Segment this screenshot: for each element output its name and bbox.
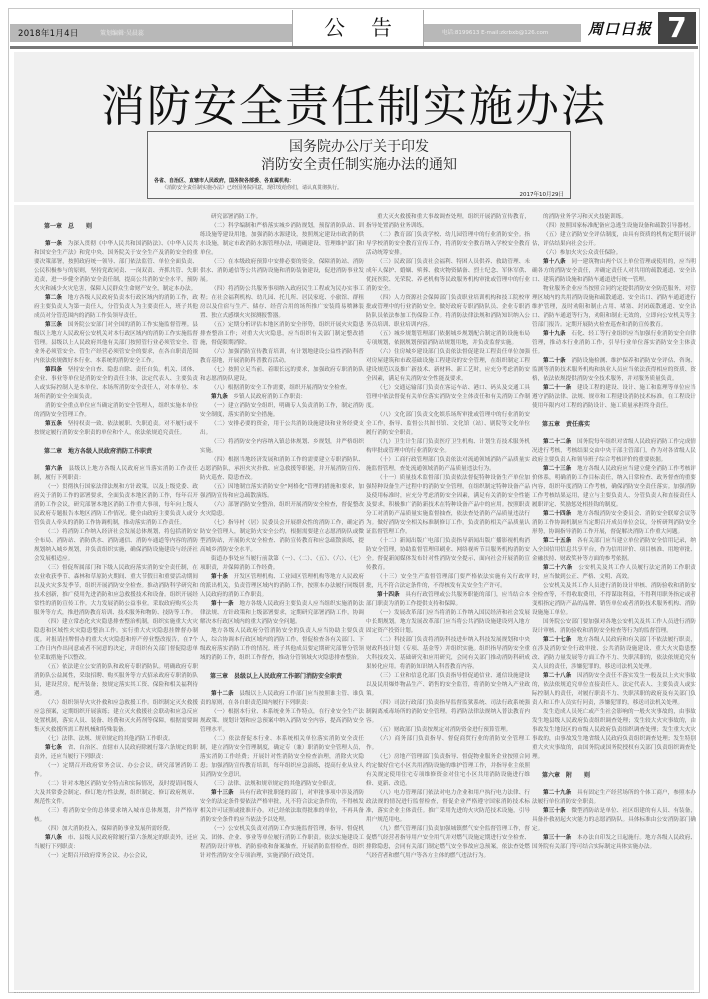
article-text: （三）在本级政府预算中安排必要的资金，保障消防站、消防供水、消防通信等公共消防设… xyxy=(200,259,364,283)
article-number: 第五条 xyxy=(45,421,62,427)
chapter-heading: 第三章 县级以上人民政府工作部门消防安全职责 xyxy=(210,672,364,681)
article-paragraph: （六）加强消防宣传教育培训，有计划地建设公益性消防科普教育基地，开展消防科普教育… xyxy=(200,348,364,366)
article-number: 第三条 xyxy=(45,322,62,328)
article-number: 第十三条 xyxy=(211,790,234,796)
article-paragraph: （四）按照国家标准配备应急逃生设施设备和疏散引导器材。 xyxy=(532,222,696,231)
article-number: 第十二条 xyxy=(211,691,234,697)
article-number: 第十条 xyxy=(211,574,228,580)
article-paragraph: 公安机关及其工作人员进行消防设计审核、消防验收和消防安全检查等，不得收取费用，不… xyxy=(532,582,696,618)
article-paragraph: 第十二条 县级以上人民政府工作部门应当按照谁主管、谁负责的原则，在各自职责范围内… xyxy=(200,690,364,708)
article-text: （七）交通运输部门负责在客运车站、港口、码头及交通工具管理中依法督促有关单位落实… xyxy=(366,385,530,409)
article-paragraph: 消防安全重点单位应当确定消防安全管理人，组织实施本单位的消防安全管理工作。 xyxy=(34,402,198,420)
notice-title-line1: 国务院办公厅关于印发 xyxy=(148,136,570,156)
article-paragraph: 第二十九条 具有固定生产经营场所的个体工商户，参照本办法履行单位消防安全职责。 xyxy=(532,789,696,807)
article-text: （一）建立消防安全组织，明确专人负责消防工作，制定消防安全制度，落实消防安全措施… xyxy=(200,403,364,418)
article-paragraph: （九）燃气管理部门负责加强城镇燃气安全监督管理工作，督促燃气经营者指导用户安全用… xyxy=(366,825,530,861)
article-number: 第九条 xyxy=(211,394,228,400)
article-text: （九）燃气管理部门负责加强城镇燃气安全监督管理工作，督促燃气经营者指导用户安全用… xyxy=(366,826,530,859)
article-text: （六）加强消防宣传教育培训，有计划地建设公益性消防科普教育基地，开展消防科普教育… xyxy=(200,349,364,364)
article-paragraph: （八）根据消防安全工作需要，组织开展消防安全检查。 xyxy=(200,384,364,393)
article-paragraph: （六）部署消防安全整治，组织开展消防安全检查，督促整改火灾隐患。 xyxy=(200,501,364,519)
article-text: 地方各级人民政府分管消防安全的负责人应当协助主要负责人，综合协调本行政区域内的消… xyxy=(200,628,364,661)
article-paragraph: （三）将消防安全内容纳入镇总体规划、乡规划，并严格组织实施。 xyxy=(200,438,364,456)
article-text: （九）卫生计生部门负责医疗卫生机构、计划生育技术服务机构审批或管理中的行业消防安… xyxy=(366,439,530,454)
article-paragraph: （六）组织领导火灾扑救和应急救援工作。组织制定灭火救援应急预案，定期组织开展演练… xyxy=(34,699,198,735)
article-text: （八）文化部门负责文化娱乐场所审批或管理中的行业消防安全工作，指导、监督公共图书… xyxy=(366,412,530,436)
article-paragraph: （一）根据本行业、本系统业务工作特点，在行业安全生产法规政策、规划计划和应急预案… xyxy=(200,708,364,735)
article-text: （一）贯彻执行国家法律法规和方针政策，以及上级党委、政府关于消防工作的部署要求，… xyxy=(34,484,198,526)
article-text: 街道办事处应当履行前款第（一）、（二）、（五）、（六）、（七）项职责，并保障消防… xyxy=(200,556,364,571)
article-paragraph: （八）电力管理部门依法对电力企业和用户执行电力法律、行政法规的情况进行监督检查，… xyxy=(366,789,530,825)
contact-info: 电话:8199613 E-mail:zkrbxb@126.com xyxy=(442,28,548,36)
article-text: 的消防业务学习和灭火技能训练。 xyxy=(543,214,627,220)
article-paragraph: （一）定期召开政府常务会议、办公会议，研究部署消防工作。 xyxy=(34,762,198,780)
article-paragraph: 第七条 省、自治区、直辖市人民政府除履行第六条规定的职责外，还应当履行下列职责： xyxy=(34,744,198,762)
article-paragraph: 第二十六条 公安机关及其工作人员履行法定消防工作职责时，应当做到公正、严格、文明… xyxy=(532,564,696,582)
article-text: （四）根据当地经济发展和消防工作的需要建立专职消防队、志愿消防队，承担火灾扑救、… xyxy=(200,457,364,481)
article-paragraph: 第十四条 具有行政管理或公共服务职能的部门，应当结合本部门职责为消防工作提供支持… xyxy=(366,591,530,609)
article-text: （七）房地产管理部门负责指导、督促物业服务企业按照合同约定做好住宅小区共用消防设… xyxy=(366,754,530,787)
bottom-rule xyxy=(14,992,694,993)
article-number: 第十一条 xyxy=(211,601,234,607)
article-text: （五）定期分析评估本地区消防安全形势，组织开展火灾隐患排查整治工作；对重大火灾隐… xyxy=(200,322,364,346)
article-paragraph: （五）定期分析评估本地区消防安全形势，组织开展火灾隐患排查整治工作；对重大火灾隐… xyxy=(200,321,364,348)
article-paragraph: （五）财政部门负责按规定对消防资金进行预算管理。 xyxy=(366,726,530,735)
article-paragraph: 第十三条 具有行政审批职能的部门，对审批事项中涉及消防安全的法定条件要依法严格审… xyxy=(200,789,364,825)
issue-date: 2018年1月4日 xyxy=(18,27,79,39)
article-text: （二）针对本地区消防安全特点和实际情况，及时提请同级人大及其常委会制定、修订地方… xyxy=(34,781,198,805)
article-text: （二）科技部门负责将消防科技进步纳入科技发展规划和中央财政科技计划（专项、基金等… xyxy=(366,637,530,670)
article-number: 第一条 xyxy=(45,241,62,247)
article-number: 第十四条 xyxy=(377,592,400,598)
article-number: 第八条 xyxy=(45,835,62,841)
article-text: （三）工业和信息化部门负责指导督促通信业、通信设施建设以及民用爆炸物品生产、销售… xyxy=(366,673,530,697)
article-paragraph: （七）交通运输部门负责在客运车站、港口、码头及交通工具管理中依法督促有关单位落实… xyxy=(366,384,530,411)
article-paragraph: （十二）新闻出版广电部门负责指导新闻出版广播影视机构消防安全管理，协助监督管理印… xyxy=(366,537,530,573)
article-text: （三）法律、法规和规章规定的其他消防安全职责。 xyxy=(211,781,340,787)
article-paragraph: 第二条 地方各级人民政府负责本行政区域内的消防工作，政府主要负责人为第一责任人，… xyxy=(34,294,198,321)
article-text: （八）电力管理部门依法对电力企业和用户执行电力法律、行政法规的情况进行监督检查，… xyxy=(366,790,530,823)
article-paragraph: 的消防业务学习和灭火技能训练。 xyxy=(532,213,696,222)
text-column-4: 的消防业务学习和灭火技能训练。（四）按照国家标准配备应急逃生设施设备和疏散引导器… xyxy=(532,213,696,852)
article-paragraph: 第四条 坚持安全自查、隐患自除、责任自负。机关、团体、企业、事业等单位是消防安全… xyxy=(34,366,198,402)
article-number: 第二条 xyxy=(45,295,62,301)
article-text: （三）将消防安全的总体要求纳入城市总体规划，并严格审核。 xyxy=(34,808,198,823)
masthead-rule xyxy=(10,46,698,49)
article-paragraph: 研究部署消防工作。 xyxy=(200,213,364,222)
article-text: （六）住房城乡建设部门负责依法督促建设工程责任单位加强对房屋建筑和市政基础设施工… xyxy=(366,349,530,382)
article-text: 公安机关及其工作人员进行消防设计审核、消防验收和消防安全检查等，不得收取费用，不… xyxy=(532,583,696,616)
article-text: （一）发展改革部门应当将消防工作纳入国民经济和社会发展中长期规划。地方发展改革部… xyxy=(366,610,530,634)
chapter-heading: 第二章 地方各级人民政府消防工作职责 xyxy=(44,447,198,456)
article-paragraph: （二）科学编制和严格落实城乡消防规划，预留消防队站、训练设施等建设用地。加强消防… xyxy=(200,222,364,258)
article-paragraph: 地方各级人民政府分管消防安全的负责人应当协助主要负责人，综合协调本行政区域内的消… xyxy=(200,627,364,663)
article-paragraph: （七）法律、法规、规章规定的其他消防工作职责。 xyxy=(34,735,198,744)
article-paragraph: 发生造成人员死亡或产生社会影响的一般火灾事故的，由事故发生地县级人民政府负责组织… xyxy=(532,708,696,762)
article-paragraph: 第二十条 消防设施检测、维护保养和消防安全评估、咨询、监测等消防技术服务机构和执… xyxy=(532,357,696,384)
article-text: （一）根据本行业、本系统业务工作特点，在行业安全生产法规政策、规划计划和应急预案… xyxy=(200,709,364,733)
article-number: 第二十条 xyxy=(543,358,566,364)
article-number: 第七条 xyxy=(45,745,62,751)
chapter-heading: 第六章 附 则 xyxy=(542,771,696,780)
article-text: （五）城乡规划管理部门依据城乡规划配合制定消防设施布局专项规划，依据规划预留消防… xyxy=(366,331,530,346)
article-paragraph: （一）公安机关负责对消防工作实施监督管理，指导、督促机关、团体、企业、事业等单位… xyxy=(200,825,364,861)
text-column-3: 重大灭火救援和重大事故调查处理，组织开展消防宣传教育，指导处置消防业务训练。（二… xyxy=(366,213,530,861)
article-paragraph: 第三条 国务院公安部门对全国的消防工作实施监督管理。县级以上地方人民政府公安机关… xyxy=(34,321,198,366)
article-number: 第二十一条 xyxy=(543,385,571,391)
article-paragraph: （一）定期召开政府常务会议、办公会议， xyxy=(34,852,198,861)
article-body: 第一章 总 则第一条 为深入贯彻《中华人民共和国消防法》、《中华人民共和国安全生… xyxy=(14,205,694,990)
article-number: 第六条 xyxy=(45,466,63,472)
chapter-heading: 第五章 责任落实 xyxy=(542,420,696,429)
article-text: （四）建立常态化火灾隐患排查整治机制，组织实施重大火灾隐患和区域性火灾隐患整治工… xyxy=(34,619,198,661)
article-paragraph: 第五条 坚持权责一致、依法履职、失职追责。对不履行或不按规定履行消防安全职责的单… xyxy=(34,420,198,438)
page-number: 7 xyxy=(658,12,696,44)
article-paragraph: （六）商务部门负责指导、督促商贸行业的消防安全管理工作。 xyxy=(366,735,530,753)
article-text: （四）司法行政部门负责指导监督监狱系统、司法行政系统强制隔离戒毒场所的消防安全管… xyxy=(366,700,530,724)
article-paragraph: 第二十七条 地方各级人民政府和有关部门不依法履行职责，在涉及消防安全行政审批、公… xyxy=(532,636,696,672)
article-text: （二）依法督促本行业、本系统相关单位落实消防安全责任制，建立消防安全管理制度，确… xyxy=(200,736,364,778)
article-paragraph: （二）将消防工作纳入经济社会发展总体规划，将包括消防安全布局、消防站、消防供水、… xyxy=(34,528,198,564)
article-paragraph: （十）工商行政管理部门负责依法对流通领域消防产品质量实施监督管理，查处流通领域消… xyxy=(366,456,530,474)
article-text: 发生造成人员死亡或产生社会影响的一般火灾事故的，由事故发生地县级人民政府负责组织… xyxy=(532,709,696,760)
article-paragraph: （一）贯彻执行国家法律法规和方针政策，以及上级党委、政府关于消防工作的部署要求，… xyxy=(34,483,198,528)
article-text: （十）工商行政管理部门负责依法对流通领域消防产品质量实施监督管理，查处流通领域消… xyxy=(366,457,530,472)
article-paragraph: 第十一条 地方各级人民政府主要负责人应当组织实施消防法律法规、方针政策和上级部署… xyxy=(200,600,364,627)
article-paragraph: （四）建立常态化火灾隐患排查整治机制，组织实施重大火灾隐患和区域性火灾隐患整治工… xyxy=(34,618,198,663)
article-text: （六）组织领导火灾扑救和应急救援工作。组织制定灭火救援应急预案，定期组织开展演练… xyxy=(34,700,198,733)
article-paragraph: （四）将消防公共服务事项纳入政府民生工程或为民办实事工程；在社会福利机构、幼儿园… xyxy=(200,285,364,321)
article-paragraph: 重大灭火救援和重大事故调查处理，组织开展消防宣传教育，指导处置消防业务训练。 xyxy=(366,213,530,231)
article-number: 第二十五条 xyxy=(543,538,571,544)
article-text: 物业服务企业应当按照合同约定提供消防安全防范服务，对管理区域内的共用消防设施和疏… xyxy=(532,286,696,328)
article-number: 第二十八条 xyxy=(543,673,571,679)
notice-body: 《消防安全责任制实施办法》已经国务院同意，现印发给你们，请认真贯彻执行。 xyxy=(162,184,342,191)
article-paragraph: （一）发展改革部门应当将消防工作纳入国民经济和社会发展中长期规划。地方发展改革部… xyxy=(366,609,530,636)
article-paragraph: （八）文化部门负责文化娱乐场所审批或管理中的行业消防安全工作，指导、监督公共图书… xyxy=(366,411,530,438)
article-paragraph: （一）建立消防安全组织，明确专人负责消防工作，制定消防安全制度，落实消防安全措施… xyxy=(200,402,364,420)
article-number: 第二十九条 xyxy=(543,790,571,796)
article-text: （七）按照立足当前、着眼长远的要求，加强政府专职消防队和志愿消防队建设。 xyxy=(200,367,364,382)
article-paragraph: （三）在本级政府预算中安排必要的资金，保障消防站、消防供水、消防通信等公共消防设… xyxy=(200,258,364,285)
article-text: （一）定期召开政府常务会议、办公会议， xyxy=(45,853,151,859)
chapter-heading: 第一章 总 则 xyxy=(44,222,198,231)
article-paragraph: （三）将消防安全的总体要求纳入城市总体规划，并严格审核。 xyxy=(34,807,198,825)
article-paragraph: 第六条 县级以上地方各级人民政府应当落实消防工作责任制，履行下列职责： xyxy=(34,465,198,483)
article-number: 第十九条 xyxy=(543,331,566,337)
text-column-2: 研究部署消防工作。（二）科学编制和严格落实城乡消防规划，预留消防队站、训练设施等… xyxy=(200,213,364,861)
article-paragraph: 第三十一条 本办法自印发之日起施行。地方各级人民政府、国务院有关部门等可结合实际… xyxy=(532,834,696,852)
article-paragraph: （七）指导村（居）民委员会开展群众性的消防工作，确定消防安全管理人，制定防火安全… xyxy=(200,519,364,555)
article-number: 第二十六条 xyxy=(543,565,572,571)
article-text: （三）督促所属部门和下级人民政府落实消防安全责任制，在农业收获季节、森林和草原防… xyxy=(34,565,198,616)
article-text: （五）财政部门负责按规定对消防资金进行预算管理。 xyxy=(377,727,511,733)
article-paragraph: （七）按照立足当前、着眼长远的要求，加强政府专职消防队和志愿消防队建设。 xyxy=(200,366,364,384)
article-text: （十三）安全生产监督管理部门要严格依法实施有关行政审批，凡不符合法定条件的，不得… xyxy=(366,574,530,589)
article-text: （四）将消防公共服务事项纳入政府民生工程或为民办实事工程；在社会福利机构、幼儿园… xyxy=(200,286,364,319)
article-number: 第二十三条 xyxy=(543,466,571,472)
article-number: 第三十条 xyxy=(543,808,566,814)
article-text: （五）依法建立公安消防队和政府专职消防队。明确政府专职消防队公益属性，采取招聘、… xyxy=(34,664,198,697)
article-text: 为深入贯彻《中华人民共和国消防法》、《中华人民共和国安全生产法》和党中央、国务院… xyxy=(34,241,198,292)
article-text: （二）安排必要的资金，用于公共消防设施建设和业务经费支出。 xyxy=(200,421,364,436)
article-paragraph: 第二十四条 地方各级消防安全委员会、消防安全联席会议等消防工作协调机制应当定期召… xyxy=(532,510,696,537)
headline-area: 消防安全责任制实施办法 国务院办公厅关于印发 消防安全责任制实施办法的通知 各省… xyxy=(14,52,694,202)
article-text: （二）将消防工作纳入经济社会发展总体规划，将包括消防安全布局、消防站、消防供水、… xyxy=(34,529,198,562)
article-number: 第四条 xyxy=(45,367,62,373)
notice-title-line2: 消防安全责任制实施办法的通知 xyxy=(148,154,570,174)
article-paragraph: 第九条 乡镇人民政府消防工作职责： xyxy=(200,393,364,402)
masthead-left-bar: 2018年1月4日 策划编辑·吴晨蕊 xyxy=(10,24,292,42)
article-text: 国务院公安部门要加强对各地公安机关及其工作人员进行消防设计审核、消防验收和消防安… xyxy=(532,619,696,634)
article-paragraph: （三）工业和信息化部门负责指导督促通信业、通信设施建设以及民用爆炸物品生产、销售… xyxy=(366,672,530,699)
article-text: （十一）质量技术监督部门负责依法督促特种设备生产单位加强特种设备生产过程中的消防… xyxy=(366,475,530,535)
article-paragraph: 第二十五条 各有关部门应当建立单位消防安全信用记录，纳入全国信用信息共享平台，作… xyxy=(532,537,696,564)
article-paragraph: 第十九条 石化、轻工等行业组织应当加强行业消防安全自律管理，推动本行业消防工作，… xyxy=(532,330,696,357)
section-title: 公告 xyxy=(292,10,424,46)
editor-credit: 策划编辑·吴晨蕊 xyxy=(100,28,144,37)
article-text: 研究部署消防工作。 xyxy=(211,214,261,220)
article-text: （八）根据消防安全工作需要，组织开展消防安全检查。 xyxy=(211,385,351,391)
article-paragraph: 第十条 开发区管理机构、工业园区管理机构等地方人民政府的派出机关，负责管理区域内… xyxy=(200,573,364,600)
article-text: 乡镇人民政府消防工作职责： xyxy=(233,394,306,400)
article-number: 第二十二条 xyxy=(543,439,571,445)
article-text: （七）指导村（居）民委员会开展群众性的消防工作，确定消防安全管理人，制定防火安全… xyxy=(200,520,364,553)
article-paragraph: （三）督促所属部门和下级人民政府落实消防安全责任制，在农业收获季节、森林和草原防… xyxy=(34,564,198,618)
notice-recipients: 各省、自治区、直辖市人民政府，国务院各部委、各直属机构： xyxy=(154,177,294,184)
article-number: 第十八条 xyxy=(543,259,566,265)
section-label: 公告 xyxy=(298,16,418,40)
article-paragraph: 第二十二条 国务院每年组织对省级人民政府消防工作完成情况进行考核，考核结果交由中… xyxy=(532,438,696,465)
article-text: 重大灭火救援和重大事故调查处理，组织开展消防宣传教育，指导处置消防业务训练。 xyxy=(366,214,530,229)
article-text: （四）加大消防投入，保障消防事业发展所需经费。 xyxy=(45,826,174,832)
article-paragraph: （二）依法督促本行业、本系统相关单位落实消防安全责任制，建立消防安全管理制度，确… xyxy=(200,735,364,780)
article-paragraph: （四）人力资源社会保障部门负责职业培训机构和技工院校审批或管理中的行业消防安全。… xyxy=(366,294,530,330)
article-text: （七）法律、法规、规章规定的其他消防工作职责。 xyxy=(45,736,174,742)
article-paragraph: 第一条 为深入贯彻《中华人民共和国消防法》、《中华人民共和国安全生产法》和党中央… xyxy=(34,240,198,294)
article-number: 第二十七条 xyxy=(543,637,571,643)
article-text: 消防安全重点单位应当确定消防安全管理人，组织实施本单位的消防安全管理工作。 xyxy=(34,403,198,418)
notice-date: 2017年10月29日 xyxy=(520,190,565,198)
headline: 消防安全责任制实施办法 xyxy=(14,70,694,134)
article-text: （一）定期召开政府常务会议、办公会议，研究部署消防工作。 xyxy=(34,763,198,778)
newspaper-logo: 周口日报 xyxy=(588,18,652,39)
article-paragraph: （六）住房城乡建设部门负责依法督促建设工程责任单位加强对房屋建筑和市政基础设施工… xyxy=(366,348,530,384)
article-text: （五）因地制宜落实消防安全"网格化"管理的措施和要求，加强消防宣传和应急疏散演练… xyxy=(200,484,364,499)
article-paragraph: 国务院公安部门要加强对各地公安机关及其工作人员进行消防设计审核、消防验收和消防安… xyxy=(532,618,696,636)
article-paragraph: （六）参加火灾公众责任保险。 xyxy=(532,249,696,258)
article-paragraph: （二）教育部门负责学校、幼儿园管理中的行业消防安全。指导学校消防安全教育宣传工作… xyxy=(366,231,530,258)
article-paragraph: （五）因地制宜落实消防安全"网格化"管理的措施和要求，加强消防宣传和应急疏散演练… xyxy=(200,483,364,501)
article-paragraph: 街道办事处应当履行前款第（一）、（二）、（五）、（六）、（七）项职责，并保障消防… xyxy=(200,555,364,573)
article-paragraph: （四）加大消防投入，保障消防事业发展所需经费。 xyxy=(34,825,198,834)
article-text: （六）参加火灾公众责任保险。 xyxy=(543,250,621,256)
article-paragraph: 第二十三条 地方各级人民政府应当建立健全消防工作考核评价体系，明确消防工作目标责… xyxy=(532,465,696,510)
article-text: （三）民政部门负责社会福利、特困人员供养、救助管理、未成年人保护、婚姻、殡葬、救… xyxy=(366,259,530,292)
article-paragraph: 第二十一条 建设工程的建设、设计、施工和监理等单位应当遵守消防法律、法规、规章和… xyxy=(532,384,696,411)
article-paragraph: （九）卫生计生部门负责医疗卫生机构、计划生育技术服务机构审批或管理中的行业消防安… xyxy=(366,438,530,456)
article-paragraph: （二）安排必要的资金，用于公共消防设施建设和业务经费支出。 xyxy=(200,420,364,438)
article-paragraph: 第三十条 微型消防站是单位、社区组建的有人员、有装备，具备扑救初起火灾能力的志愿… xyxy=(532,807,696,834)
article-number: 第三十一条 xyxy=(543,835,571,841)
article-text: （六）部署消防安全整治，组织开展消防安全检查，督促整改火灾隐患。 xyxy=(200,502,364,517)
article-text: （二）科学编制和严格落实城乡消防规划，预留消防队站、训练设施等建设用地。加强消防… xyxy=(200,223,364,256)
article-paragraph: （四）根据当地经济发展和消防工作的需要建立专职消防队、志愿消防队，承担火灾扑救、… xyxy=(200,456,364,483)
article-paragraph: （四）司法行政部门负责指导监督监狱系统、司法行政系统强制隔离戒毒场所的消防安全管… xyxy=(366,699,530,726)
article-text: 国务院公安部门对全国的消防工作实施监督管理。县级以上地方人民政府公安机关对本行政… xyxy=(34,322,198,364)
text-column-1: 第一章 总 则第一条 为深入贯彻《中华人民共和国消防法》、《中华人民共和国安全生… xyxy=(34,213,198,861)
article-paragraph: 物业服务企业应当按照合同约定提供消防安全防范服务，对管理区域内的共用消防设施和疏… xyxy=(532,285,696,330)
article-text: （四）按照国家标准配备应急逃生设施设备和疏散引导器材。 xyxy=(543,223,694,229)
article-paragraph: 第八条 市、县级人民政府除履行第六条规定的职责外，还应当履行下列职责： xyxy=(34,834,198,852)
article-paragraph: （三）民政部门负责社会福利、特困人员供养、救助管理、未成年人保护、婚姻、殡葬、救… xyxy=(366,258,530,294)
article-text: （五）建立消防安全评估制度，由具有资质的机构定期开展评估，评估结果向社会公开。 xyxy=(532,232,696,247)
article-number: 第二十四条 xyxy=(543,511,571,517)
article-text: （十二）新闻出版广电部门负责指导新闻出版广播影视机构消防安全管理，协助监督管理印… xyxy=(366,538,530,571)
article-paragraph: （十三）安全生产监督管理部门要严格依法实施有关行政审批，凡不符合法定条件的，不得… xyxy=(366,573,530,591)
article-text: （六）商务部门负责指导、督促商贸行业的消防安全管理工作。 xyxy=(366,736,530,751)
article-paragraph: （五）城乡规划管理部门依据城乡规划配合制定消防设施布局专项规划，依据规划预留消防… xyxy=(366,330,530,348)
article-text: （二）教育部门负责学校、幼儿园管理中的行业消防安全。指导学校消防安全教育宣传工作… xyxy=(366,232,530,256)
article-text: （三）将消防安全内容纳入镇总体规划、乡规划，并严格组织实施。 xyxy=(200,439,364,454)
notice-box: 国务院办公厅关于印发 消防安全责任制实施办法的通知 各省、自治区、直辖市人民政府… xyxy=(147,131,571,199)
article-text: （四）人力资源社会保障部门负责职业培训机构和技工院校审批或管理中的行业消防安全。… xyxy=(366,295,530,328)
article-paragraph: （七）房地产管理部门负责指导、督促物业服务企业按照合同约定做好住宅小区共用消防设… xyxy=(366,753,530,789)
masthead: 2018年1月4日 策划编辑·吴晨蕊 公告 电话:8199613 E-mail:… xyxy=(10,10,698,46)
article-paragraph: （五）依法建立公安消防队和政府专职消防队。明确政府专职消防队公益属性，采取招聘、… xyxy=(34,663,198,699)
article-paragraph: （二）科技部门负责将消防科技进步纳入科技发展规划和中央财政科技计划（专项、基金等… xyxy=(366,636,530,672)
article-paragraph: 第二十八条 因消防安全责任不落实发生一般及以上火灾事故的，依法依规追究单位直接责… xyxy=(532,672,696,708)
masthead-right-bar: 电话:8199613 E-mail:zkrbxb@126.com xyxy=(424,24,581,42)
article-paragraph: （五）建立消防安全评估制度，由具有资质的机构定期开展评估，评估结果向社会公开。 xyxy=(532,231,696,249)
article-text: （一）公安机关负责对消防工作实施监督管理，指导、督促机关、团体、企业、事业等单位… xyxy=(200,826,364,859)
article-paragraph: （三）法律、法规和规章规定的其他消防安全职责。 xyxy=(200,780,364,789)
article-paragraph: （二）针对本地区消防安全特点和实际情况，及时提请同级人大及其常委会制定、修订地方… xyxy=(34,780,198,807)
article-text: 地方各级人民政府应当建立健全消防工作考核评价体系，明确消防工作目标责任，纳入日常… xyxy=(532,466,696,508)
article-paragraph: （十一）质量技术监督部门负责依法督促特种设备生产单位加强特种设备生产过程中的消防… xyxy=(366,474,530,537)
article-paragraph: 第十八条 同一建筑物由两个以上单位管理或使用的，应当明确各方的消防安全责任，并确… xyxy=(532,258,696,285)
